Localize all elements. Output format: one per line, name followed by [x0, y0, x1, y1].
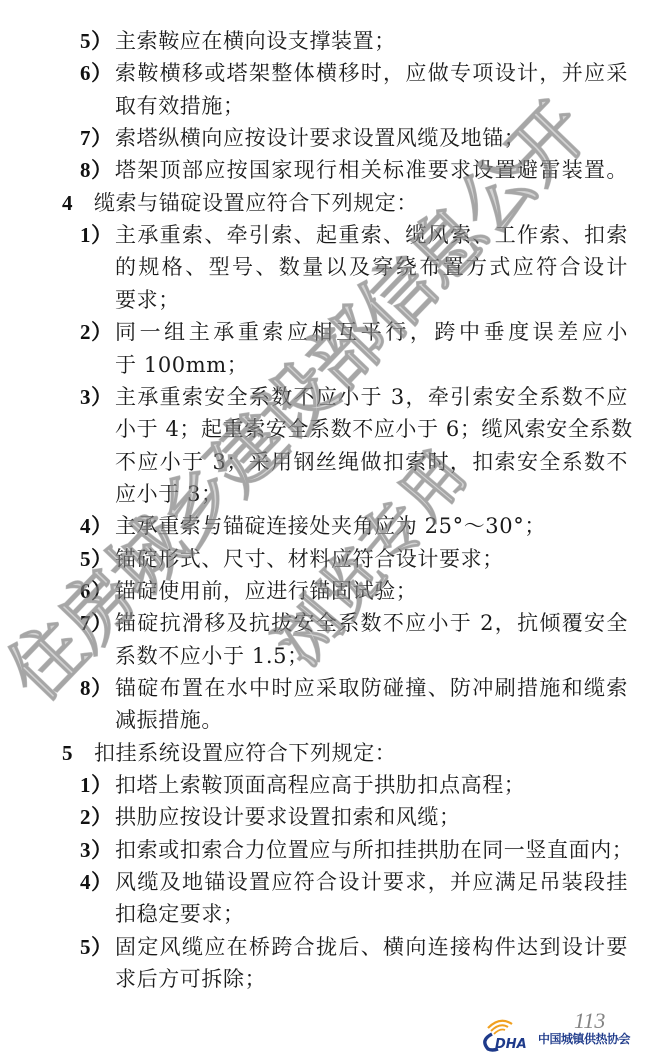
cdha-logo-icon: DHA	[478, 1018, 538, 1052]
line-text: 锚碇形式、尺寸、材料应符合设计要求；	[115, 543, 628, 575]
publisher-logo: DHA 中国城镇供热协会	[478, 1018, 653, 1052]
section-heading: 4缆索与锚碇设置应符合下列规定：	[0, 187, 657, 219]
item-number: 2）	[80, 801, 113, 833]
line-text: 锚碇使用前，应进行锚固试验；	[115, 575, 628, 607]
list-item: 5）主索鞍应在横向设支撑装置；	[0, 25, 657, 57]
document-page: 5）主索鞍应在横向设支撑装置；6）索鞍横移或塔架整体横移时，应做专项设计，并应采…	[0, 0, 657, 1061]
list-item-continuation: 取有效措施；	[0, 90, 657, 122]
line-text: 索鞍横移或塔架整体横移时，应做专项设计，并应采	[115, 57, 628, 89]
line-text: 减振措施。	[115, 704, 628, 736]
line-text: 固定风缆应在桥跨合拢后、横向连接构件达到设计要	[115, 931, 628, 963]
line-text: 求后方可拆除；	[115, 963, 628, 995]
line-text: 要求；	[115, 284, 628, 316]
list-item: 5）锚碇形式、尺寸、材料应符合设计要求；	[0, 543, 657, 575]
list-item: 1）扣塔上索鞍顶面高程应高于拱肋扣点高程；	[0, 769, 657, 801]
list-item-continuation: 系数不应小于 1.5；	[0, 640, 657, 672]
list-item-continuation: 要求；	[0, 284, 657, 316]
item-number: 4）	[80, 510, 113, 542]
item-number: 7）	[80, 607, 113, 639]
list-item: 4）风缆及地锚设置应符合设计要求，并应满足吊装段挂	[0, 866, 657, 898]
item-number: 2）	[80, 316, 113, 348]
item-number: 8）	[80, 154, 113, 186]
item-number: 7）	[80, 122, 113, 154]
line-text: 主承重索安全系数不应小于 3，牵引索安全系数不应	[115, 381, 628, 413]
line-text: 的规格、型号、数量以及穿绕布置方式应符合设计	[115, 251, 628, 283]
list-item: 4）主承重索与锚碇连接处夹角应为 25°～30°；	[0, 510, 657, 542]
list-item: 7）锚碇抗滑移及抗拔安全系数不应小于 2，抗倾覆安全	[0, 607, 657, 639]
line-text: 扣塔上索鞍顶面高程应高于拱肋扣点高程；	[115, 769, 628, 801]
list-item: 3）主承重索安全系数不应小于 3，牵引索安全系数不应	[0, 381, 657, 413]
line-text: 取有效措施；	[115, 90, 628, 122]
list-item: 6）索鞍横移或塔架整体横移时，应做专项设计，并应采	[0, 57, 657, 89]
line-text: 于 100mm；	[115, 349, 628, 381]
list-item: 1）主承重索、牵引索、起重索、缆风索、工作索、扣索	[0, 219, 657, 251]
line-text: 应小于 3；	[115, 478, 628, 510]
list-item-continuation: 小于 4；起重索安全系数不应小于 6；缆风索安全系数	[0, 413, 657, 445]
list-item: 8）塔架顶部应按国家现行相关标准要求设置避雷装置。	[0, 154, 657, 186]
list-item: 2）拱肋应按设计要求设置扣索和风缆；	[0, 801, 657, 833]
list-item-continuation: 求后方可拆除；	[0, 963, 657, 995]
list-item: 7）索塔纵横向应按设计要求设置风缆及地锚；	[0, 122, 657, 154]
list-item-continuation: 不应小于 3；采用钢丝绳做扣索时，扣索安全系数不	[0, 446, 657, 478]
line-text: 缆索与锚碇设置应符合下列规定：	[94, 187, 418, 219]
line-text: 小于 4；起重索安全系数不应小于 6；缆风索安全系数	[115, 413, 628, 445]
line-text: 锚碇布置在水中时应采取防碰撞、防冲刷措施和缆索	[115, 672, 628, 704]
line-text: 不应小于 3；采用钢丝绳做扣索时，扣索安全系数不	[115, 446, 628, 478]
item-number: 5）	[80, 543, 113, 575]
line-text: 风缆及地锚设置应符合设计要求，并应满足吊装段挂	[115, 866, 628, 898]
list-item-continuation: 于 100mm；	[0, 349, 657, 381]
line-text: 主索鞍应在横向设支撑装置；	[115, 25, 628, 57]
list-item-continuation: 应小于 3；	[0, 478, 657, 510]
line-text: 扣索或扣索合力位置应与所扣挂拱肋在同一竖直面内；	[115, 834, 628, 866]
line-text: 系数不应小于 1.5；	[115, 640, 628, 672]
line-text: 同一组主承重索应相互平行，跨中垂度误差应小	[115, 316, 628, 348]
line-text: 主承重索、牵引索、起重索、缆风索、工作索、扣索	[115, 219, 628, 251]
section-number: 4	[62, 187, 73, 219]
svg-text:DHA: DHA	[495, 1037, 527, 1052]
item-number: 1）	[80, 769, 113, 801]
item-number: 3）	[80, 834, 113, 866]
line-text: 索塔纵横向应按设计要求设置风缆及地锚；	[115, 122, 628, 154]
publisher-name: 中国城镇供热协会	[538, 1030, 630, 1047]
line-text: 主承重索与锚碇连接处夹角应为 25°～30°；	[115, 510, 628, 542]
line-text: 锚碇抗滑移及抗拔安全系数不应小于 2，抗倾覆安全	[115, 607, 628, 639]
list-item: 5）固定风缆应在桥跨合拢后、横向连接构件达到设计要	[0, 931, 657, 963]
list-item: 6）锚碇使用前，应进行锚固试验；	[0, 575, 657, 607]
line-text: 扣挂系统设置应符合下列规定：	[94, 737, 396, 769]
item-number: 3）	[80, 381, 113, 413]
list-item-continuation: 减振措施。	[0, 704, 657, 736]
list-item: 2）同一组主承重索应相互平行，跨中垂度误差应小	[0, 316, 657, 348]
line-text: 拱肋应按设计要求设置扣索和风缆；	[115, 801, 628, 833]
section-heading: 5扣挂系统设置应符合下列规定：	[0, 737, 657, 769]
list-item: 8）锚碇布置在水中时应采取防碰撞、防冲刷措施和缆索	[0, 672, 657, 704]
item-number: 1）	[80, 219, 113, 251]
line-text: 塔架顶部应按国家现行相关标准要求设置避雷装置。	[115, 154, 628, 186]
item-number: 8）	[80, 672, 113, 704]
section-number: 5	[62, 737, 73, 769]
item-number: 6）	[80, 575, 113, 607]
item-number: 4）	[80, 866, 113, 898]
list-item-continuation: 的规格、型号、数量以及穿绕布置方式应符合设计	[0, 251, 657, 283]
line-text: 扣稳定要求；	[115, 898, 628, 930]
item-number: 6）	[80, 57, 113, 89]
item-number: 5）	[80, 25, 113, 57]
item-number: 5）	[80, 931, 113, 963]
list-item-continuation: 扣稳定要求；	[0, 898, 657, 930]
list-item: 3）扣索或扣索合力位置应与所扣挂拱肋在同一竖直面内；	[0, 834, 657, 866]
